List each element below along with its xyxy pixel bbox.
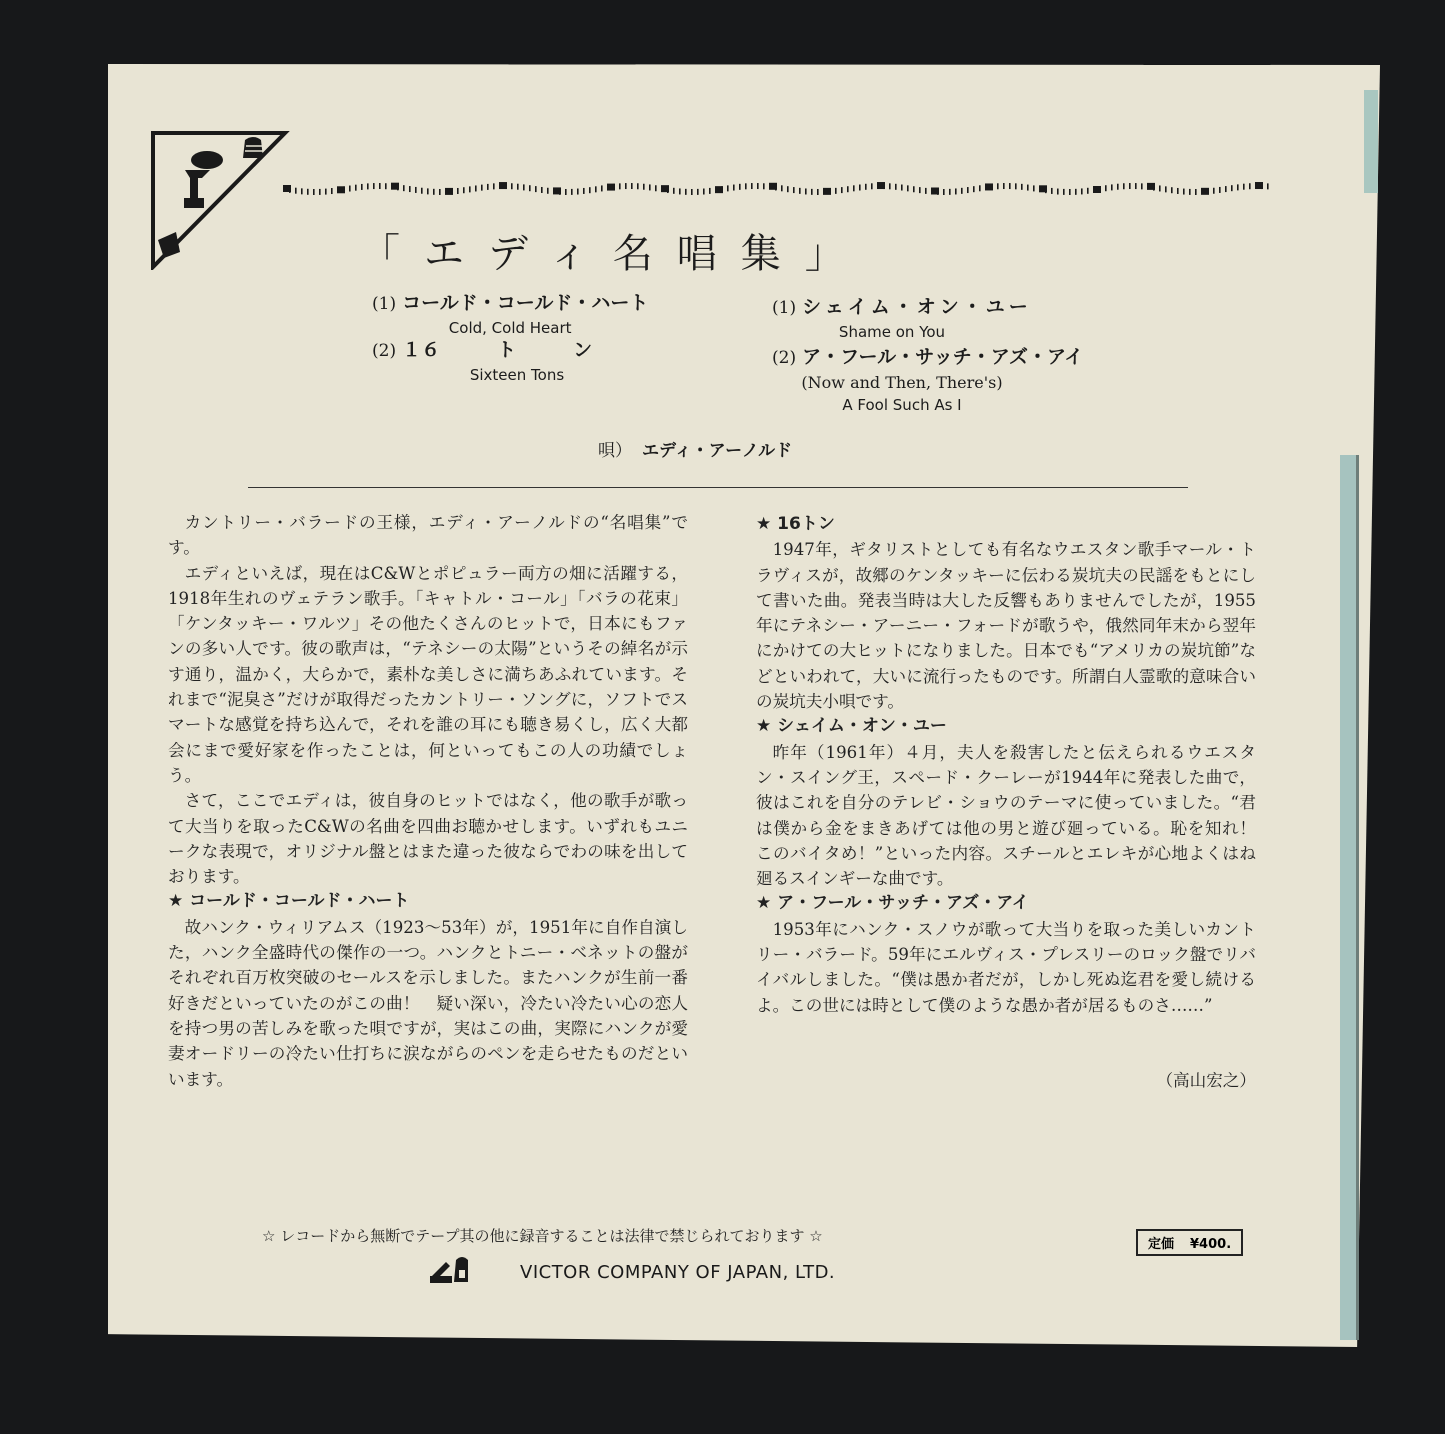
album-title: 「エディ名唱集」 <box>360 222 869 279</box>
track-title-en-prefix: (Now and Then, There's) <box>772 373 1032 392</box>
section-heading: ★ シェイム・オン・ユー <box>756 714 1256 739</box>
price-box: 定価¥400. <box>1136 1229 1243 1256</box>
singer-credit: 唄）エディ・アーノルド <box>598 436 792 461</box>
section-body: 1947年，ギタリストとしても有名なウエスタン歌手マール・トラヴィスが，故郷のケ… <box>756 537 1256 714</box>
author-credit: （高山宏之） <box>756 1068 1256 1093</box>
section-heading: ★ ア・フール・サッチ・アズ・アイ <box>756 891 1256 916</box>
intro-paragraph: エディといえば，現在はC&Wとポピュラー両方の畑に活躍する，1918年生れのヴェ… <box>168 561 688 789</box>
singer-label: 唄） <box>598 441 632 461</box>
track-title-en: Shame on You <box>772 323 1012 341</box>
price-value: ¥400. <box>1190 1237 1231 1252</box>
section-heading: ★ コールド・コールド・ハート <box>168 889 688 914</box>
track-title-en: A Fool Such As I <box>772 396 1032 414</box>
victor-logo-icon <box>150 130 290 270</box>
track-a2: (2)１６ ト ン Sixteen Tons <box>372 335 662 384</box>
track-b2: (2)ア・フール・サッチ・アズ・アイ (Now and Then, There'… <box>772 342 1032 414</box>
track-title-jp: １６ ト ン <box>402 339 592 361</box>
singer-name: エディ・アーノルド <box>642 441 792 461</box>
track-a1: (1)コールド・コールド・ハート Cold, Cold Heart <box>372 288 648 337</box>
track-number: (2) <box>772 348 796 368</box>
track-number: (2) <box>372 341 396 361</box>
nipper-gramophone-icon <box>428 1252 476 1288</box>
liner-notes-left: カントリー・バラードの王様，エディ・アーノルドの“名唱集”です。 エディといえば… <box>168 510 688 1092</box>
track-title-jp: コールド・コールド・ハート <box>402 292 648 314</box>
liner-notes-right: ★ 16トン 1947年，ギタリストとしても有名なウエスタン歌手マール・トラヴィ… <box>756 512 1256 1093</box>
intro-paragraph: カントリー・バラードの王様，エディ・アーノルドの“名唱集”です。 <box>168 510 688 561</box>
sleeve-edge-strip-bottom <box>1340 455 1359 1340</box>
section-body: 1953年にハンク・スノウが歌って大当りを取った美しいカントリー・バラード。59… <box>756 917 1256 1018</box>
track-number: (1) <box>772 298 796 318</box>
sleeve-edge-strip-top <box>1364 90 1378 193</box>
track-title-jp: ア・フール・サッチ・アズ・アイ <box>802 346 1083 368</box>
decorative-border-icon <box>283 180 1273 198</box>
intro-paragraph: さて，ここでエディは，彼自身のヒットではなく，他の歌手が歌って大当りを取ったC&… <box>168 788 688 889</box>
company-name: VICTOR COMPANY OF JAPAN, LTD. <box>520 1262 835 1283</box>
copyright-notice: ☆ レコードから無断でテープ其の他に録音することは法律で禁じられております ☆ <box>262 1225 823 1246</box>
section-body: 故ハンク・ウィリアムス（1923〜53年）が，1951年に自作自演した，ハンク全… <box>168 915 688 1092</box>
price-label: 定価 <box>1148 1237 1174 1252</box>
track-title-jp: シェイム・オン・ユー <box>802 296 1032 318</box>
section-heading: ★ 16トン <box>756 512 1256 537</box>
track-title-en: Sixteen Tons <box>372 366 662 384</box>
track-number: (1) <box>372 294 396 314</box>
track-b1: (1)シェイム・オン・ユー Shame on You <box>772 292 1012 341</box>
section-body: 昨年（1961年）４月，夫人を殺害したと伝えられるウエスタン・スイング王，スペー… <box>756 740 1256 892</box>
divider <box>248 487 1188 488</box>
